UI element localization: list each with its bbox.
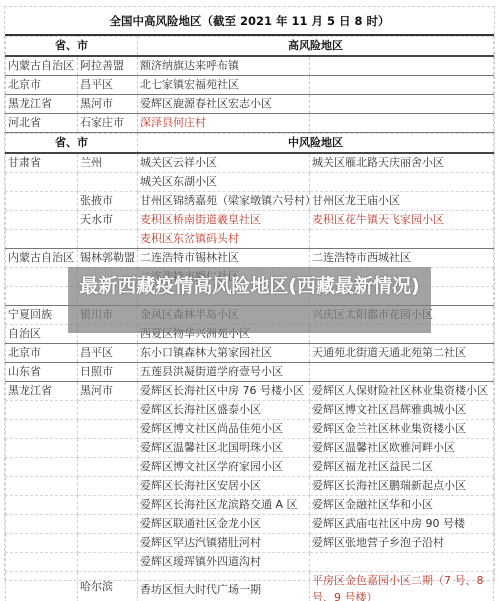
table-row: 张掖市 甘州区锦绣嘉苑（梁家墩镇六号村） 甘州区龙王庙小区 <box>6 192 494 211</box>
high-risk-table: 省、市 高风险地区 内蒙古自治区 阿拉善盟 额济纳旗达来呼布镇 北京市 昌平区 … <box>5 36 494 133</box>
province-cell <box>6 401 78 420</box>
province-cell <box>6 439 78 458</box>
area-cell <box>310 553 494 572</box>
table-row: 内蒙古自治区 阿拉善盟 额济纳旗达来呼布镇 <box>6 56 494 76</box>
area-cell: 爱辉区金兰社区林业集资楼小区 <box>310 420 494 439</box>
city-cell <box>78 553 138 572</box>
table-row: 爱辉区长海社区安居小区 爱辉区长海社区鹏瑞新起点小区 <box>6 477 494 496</box>
table-row: 黑龙江省 黑河市 爱辉区长海社区中房 76 号楼小区 爱辉区人保财险社区林业集资… <box>6 382 494 401</box>
medium-risk-table: 省、市 中风险地区 甘肃省 兰州 城关区云祥小区 城关区雁北路天庆丽舍小区 城关… <box>5 133 494 601</box>
headline-overlay-banner: 最新西藏疫情高风险地区(西藏最新情况) <box>68 267 431 333</box>
city-cell: 天水市 <box>78 211 138 230</box>
area-cell: 甘州区锦绣嘉苑（梁家墩镇六号村） <box>138 192 310 211</box>
table-row: 北京市 昌平区 北七家镇宏福苑社区 <box>6 76 494 95</box>
area-cell <box>310 363 494 382</box>
city-cell: 黑河市 <box>78 95 138 114</box>
area-cell: 爱辉区长海社区中房 76 号楼小区 <box>138 382 310 401</box>
area-cell: 爱辉区博文社区昌辉雅典城小区 <box>310 401 494 420</box>
city-cell <box>78 230 138 249</box>
area-cell: 爱辉区长海社区鹏瑞新起点小区 <box>310 477 494 496</box>
city-cell: 黑河市 <box>78 382 138 401</box>
province-cell <box>6 553 78 572</box>
city-cell <box>78 458 138 477</box>
province-cell: 黑龙江省 <box>6 382 78 401</box>
city-cell: 张掖市 <box>78 192 138 211</box>
area-cell: 城关区雁北路天庆丽舍小区 <box>310 153 494 173</box>
city-cell <box>78 496 138 515</box>
area-cell: 额济纳旗达来呼布镇 <box>138 56 310 76</box>
area-cell: 爱辉区联通社区金龙小区 <box>138 515 310 534</box>
area-cell: 爱辉区张地营子乡泡子沿村 <box>310 534 494 553</box>
city-cell: 昌平区 <box>78 344 138 363</box>
province-cell <box>6 496 78 515</box>
area-cell: 爱辉区瑷珲镇外四道沟村 <box>138 553 310 572</box>
area-cell: 爱辉区温馨社区北国明珠小区 <box>138 439 310 458</box>
city-cell: 日照市 <box>78 363 138 382</box>
province-cell <box>6 173 78 192</box>
area-cell: 香坊区恒大时代广场一期 <box>138 572 310 601</box>
area-cell: 二连浩特市锡林社区 <box>138 249 310 268</box>
area-cell: 爱辉区长海社区龙滨路交通 A 区 <box>138 496 310 515</box>
table-row: 山东省 日照市 五莲县洪凝街道学府壹号小区 <box>6 363 494 382</box>
header-province-city: 省、市 <box>6 134 138 154</box>
table-row: 麦积区东岔镇码头村 <box>6 230 494 249</box>
table-row: 爱辉区温馨社区北国明珠小区 爱辉区温馨社区欧雅河畔小区 <box>6 439 494 458</box>
area-cell-highlighted: 麦积区东岔镇码头村 <box>138 230 310 249</box>
city-cell <box>78 420 138 439</box>
province-cell: 黑龙江省 <box>6 95 78 114</box>
province-cell <box>6 230 78 249</box>
area-cell <box>310 114 494 133</box>
header-province-city: 省、市 <box>6 37 138 57</box>
province-cell: 内蒙古自治区 <box>6 56 78 76</box>
table-row: 天水市 麦积区桥南街道羲皇社区 麦积区花牛镇天飞家园小区 <box>6 211 494 230</box>
table-row: 爱辉区博文社区尚品佳苑小区 爱辉区金兰社区林业集资楼小区 <box>6 420 494 439</box>
city-cell: 石家庄市 <box>78 114 138 133</box>
header-medium-risk-areas: 中风险地区 <box>138 134 494 154</box>
area-cell: 爱辉区罕达汽镇猪肚河村 <box>138 534 310 553</box>
header-high-risk-areas: 高风险地区 <box>138 37 494 57</box>
area-cell <box>310 173 494 192</box>
province-cell <box>6 572 78 601</box>
table-row: 甘肃省 兰州 城关区云祥小区 城关区雁北路天庆丽舍小区 <box>6 153 494 173</box>
table-row: 城关区东湖小区 <box>6 173 494 192</box>
table-row: 爱辉区博文社区学府家园小区 爱辉区福龙社区益民二区 <box>6 458 494 477</box>
city-cell: 阿拉善盟 <box>78 56 138 76</box>
table-row: 爱辉区长海社区龙滨路交通 A 区 爱辉区金融社区华和小区 <box>6 496 494 515</box>
province-cell <box>6 477 78 496</box>
city-cell: 锡林郭勒盟 <box>78 249 138 268</box>
table-row: 内蒙古自治区 锡林郭勒盟 二连浩特市锡林社区 二连浩特市西城社区 <box>6 249 494 268</box>
area-cell-highlighted: 平房区金色嘉园小区二期（7 号、8 号、9 号楼） <box>310 572 494 601</box>
table-row: 爱辉区瑷珲镇外四道沟村 <box>6 553 494 572</box>
area-cell: 爱辉区长海社区安居小区 <box>138 477 310 496</box>
area-cell-highlighted: 深泽县何庄村 <box>138 114 310 133</box>
area-cell: 爱辉区温馨社区欧雅河畔小区 <box>310 439 494 458</box>
area-cell: 甘州区龙王庙小区 <box>310 192 494 211</box>
table-row: 黑龙江省 黑河市 爱辉区鹿源春社区宏志小区 <box>6 95 494 114</box>
province-cell <box>6 534 78 553</box>
area-cell: 五莲县洪凝街道学府壹号小区 <box>138 363 310 382</box>
city-cell <box>78 401 138 420</box>
city-cell: 昌平区 <box>78 76 138 95</box>
area-cell: 爱辉区长海社区盛泰小区 <box>138 401 310 420</box>
province-cell: 北京市 <box>6 344 78 363</box>
province-cell <box>6 268 78 287</box>
area-cell: 城关区东湖小区 <box>138 173 310 192</box>
province-cell <box>6 287 78 306</box>
city-cell: 兰州 <box>78 153 138 173</box>
area-cell <box>310 76 494 95</box>
area-cell: 爱辉区福龙社区益民二区 <box>310 458 494 477</box>
province-cell: 河北省 <box>6 114 78 133</box>
province-cell <box>6 515 78 534</box>
province-cell: 甘肃省 <box>6 153 78 173</box>
area-cell: 爱辉区金融社区华和小区 <box>310 496 494 515</box>
area-cell: 东小口镇森林大第家园社区 <box>138 344 310 363</box>
area-cell <box>310 230 494 249</box>
city-cell <box>78 173 138 192</box>
province-cell <box>6 192 78 211</box>
province-cell <box>6 211 78 230</box>
city-cell <box>78 515 138 534</box>
province-cell: 内蒙古自治区 <box>6 249 78 268</box>
area-cell: 爱辉区人保财险社区林业集资楼小区 <box>310 382 494 401</box>
province-cell: 宁夏回族 <box>6 306 78 325</box>
area-cell: 爱辉区博文社区尚品佳苑小区 <box>138 420 310 439</box>
document-title: 全国中高风险地区（截至 2021 年 11 月 5 日 8 时） <box>5 7 494 36</box>
table-row: 爱辉区联通社区金龙小区 爱辉区武庙屯社区中房 90 号楼 <box>6 515 494 534</box>
area-cell: 城关区云祥小区 <box>138 153 310 173</box>
area-cell: 爱辉区鹿源春社区宏志小区 <box>138 95 310 114</box>
city-cell <box>78 534 138 553</box>
table-row: 哈尔滨 香坊区恒大时代广场一期 平房区金色嘉园小区二期（7 号、8 号、9 号楼… <box>6 572 494 601</box>
city-cell <box>78 439 138 458</box>
area-cell: 北七家镇宏福苑社区 <box>138 76 310 95</box>
area-cell <box>310 56 494 76</box>
city-cell: 哈尔滨 <box>78 572 138 601</box>
table-row: 爱辉区长海社区盛泰小区 爱辉区博文社区昌辉雅典城小区 <box>6 401 494 420</box>
area-cell: 二连浩特市西城社区 <box>310 249 494 268</box>
table-row: 河北省 石家庄市 深泽县何庄村 <box>6 114 494 133</box>
province-cell: 北京市 <box>6 76 78 95</box>
area-cell <box>310 95 494 114</box>
province-cell <box>6 420 78 439</box>
area-cell-highlighted: 麦积区桥南街道羲皇社区 <box>138 211 310 230</box>
area-cell: 天通苑北街道天通北苑第二社区 <box>310 344 494 363</box>
area-cell: 爱辉区武庙屯社区中房 90 号楼 <box>310 515 494 534</box>
high-risk-header-row: 省、市 高风险地区 <box>6 37 494 57</box>
province-cell: 自治区 <box>6 325 78 344</box>
table-row: 爱辉区罕达汽镇猪肚河村 爱辉区张地营子乡泡子沿村 <box>6 534 494 553</box>
province-cell <box>6 458 78 477</box>
medium-risk-header-row: 省、市 中风险地区 <box>6 134 494 154</box>
area-cell-highlighted: 麦积区花牛镇天飞家园小区 <box>310 211 494 230</box>
city-cell <box>78 477 138 496</box>
province-cell: 山东省 <box>6 363 78 382</box>
table-row: 北京市 昌平区 东小口镇森林大第家园社区 天通苑北街道天通北苑第二社区 <box>6 344 494 363</box>
area-cell: 爱辉区博文社区学府家园小区 <box>138 458 310 477</box>
